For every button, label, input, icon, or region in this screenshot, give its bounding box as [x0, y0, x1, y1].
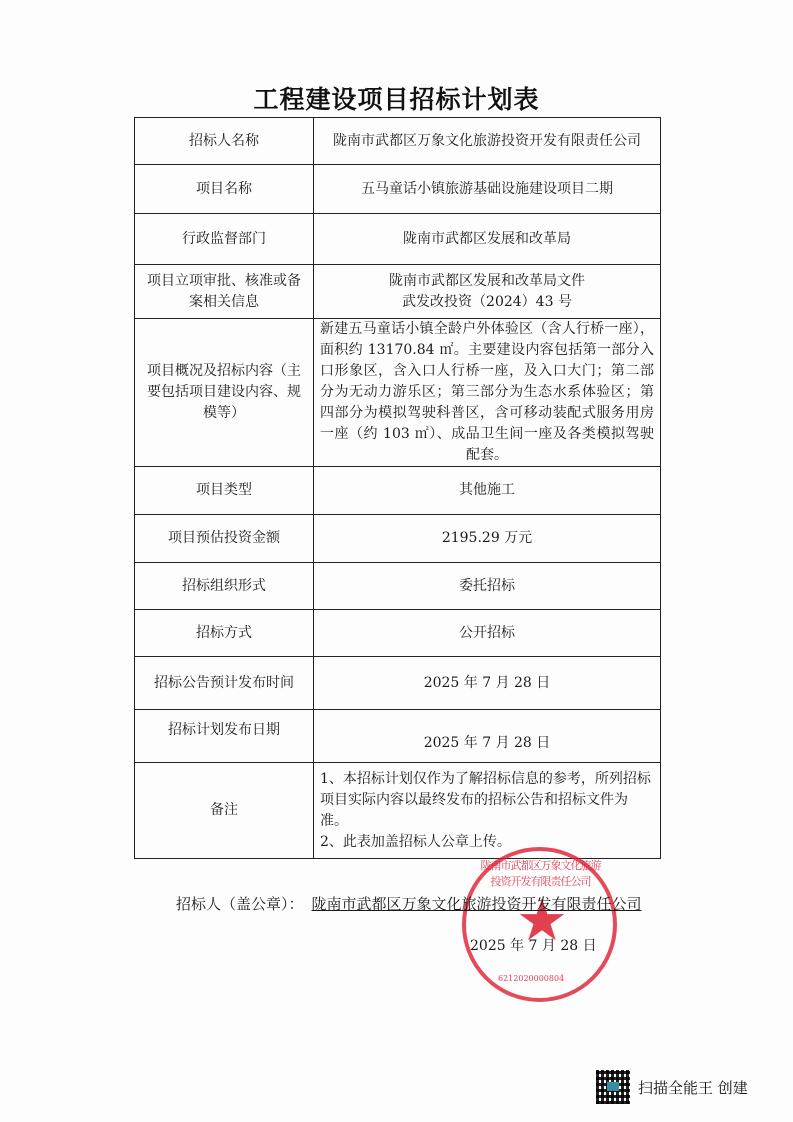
table-row: 招标计划发布日期 2025 年 7 月 28 日 — [135, 710, 661, 763]
table-row: 项目概况及招标内容（主要包括项目建设内容、规模等） 新建五马童话小镇全龄户外体验… — [135, 319, 661, 467]
row-label: 项目立项审批、核准或备案相关信息 — [135, 265, 314, 319]
signature-label: 招标人（盖公章）： — [176, 895, 304, 913]
company-seal: 陇南市武都区万象文化旅游投资开发有限责任公司 ★ 6212020000804 — [462, 847, 617, 1002]
approval-doc-line: 陇南市武都区发展和改革局文件 — [320, 271, 654, 292]
row-value: 陇南市武都区发展和改革局文件 武发改投资（2024）43 号 — [314, 265, 661, 319]
table-row: 招标方式 公开招标 — [135, 610, 661, 657]
signature-line: 招标人（盖公章）：陇南市武都区万象文化旅游投资开发有限责任公司 — [176, 893, 642, 914]
table-row: 项目预估投资金额 2195.29 万元 — [135, 515, 661, 563]
scanner-watermark: 扫描全能王 创建 — [596, 1070, 748, 1104]
remark-2: 2、此表加盖招标人公章上传。 — [320, 832, 654, 853]
watermark-text: 扫描全能王 创建 — [638, 1077, 748, 1098]
table-row: 招标人名称 陇南市武都区万象文化旅游投资开发有限责任公司 — [135, 118, 661, 165]
signature-company: 陇南市武都区万象文化旅游投资开发有限责任公司 — [312, 895, 642, 913]
table-row: 行政监督部门 陇南市武都区发展和改革局 — [135, 214, 661, 265]
row-value: 2025 年 7 月 28 日 — [314, 657, 661, 710]
table-row: 备注 1、本招标计划仅作为了解招标信息的参考，所列招标项目实际内容以最终发布的招… — [135, 763, 661, 859]
seal-code: 6212020000804 — [498, 974, 564, 983]
row-label: 项目预估投资金额 — [135, 515, 314, 563]
row-label: 招标公告预计发布时间 — [135, 657, 314, 710]
row-value: 2025 年 7 月 28 日 — [314, 710, 661, 763]
row-label: 项目概况及招标内容（主要包括项目建设内容、规模等） — [135, 319, 314, 467]
row-value: 五马童话小镇旅游基础设施建设项目二期 — [314, 165, 661, 214]
remark-1: 1、本招标计划仅作为了解招标信息的参考，所列招标项目实际内容以最终发布的招标公告… — [320, 769, 654, 832]
row-label: 招标方式 — [135, 610, 314, 657]
signature-date: 2025 年 7 月 28 日 — [470, 935, 597, 955]
row-label: 项目名称 — [135, 165, 314, 214]
row-value: 新建五马童话小镇全龄户外体验区（含人行桥一座），面积约 13170.84 ㎡。主… — [314, 319, 661, 467]
table-row: 项目类型 其他施工 — [135, 467, 661, 515]
approval-number-line: 武发改投资（2024）43 号 — [320, 292, 654, 313]
row-value: 陇南市武都区万象文化旅游投资开发有限责任公司 — [314, 118, 661, 165]
row-value: 2195.29 万元 — [314, 515, 661, 563]
row-label: 行政监督部门 — [135, 214, 314, 265]
row-value: 公开招标 — [314, 610, 661, 657]
row-value: 1、本招标计划仅作为了解招标信息的参考，所列招标项目实际内容以最终发布的招标公告… — [314, 763, 661, 859]
bidding-plan-table: 招标人名称 陇南市武都区万象文化旅游投资开发有限责任公司 项目名称 五马童话小镇… — [134, 117, 661, 859]
row-label: 招标组织形式 — [135, 563, 314, 610]
table-row: 招标组织形式 委托招标 — [135, 563, 661, 610]
table-row: 项目名称 五马童话小镇旅游基础设施建设项目二期 — [135, 165, 661, 214]
row-label: 备注 — [135, 763, 314, 859]
table-row: 项目立项审批、核准或备案相关信息 陇南市武都区发展和改革局文件 武发改投资（20… — [135, 265, 661, 319]
seal-text: 陇南市武都区万象文化旅游投资开发有限责任公司 — [478, 857, 603, 889]
row-label: 项目类型 — [135, 467, 314, 515]
row-label: 招标计划发布日期 — [135, 710, 314, 763]
qr-code-icon — [596, 1070, 630, 1104]
row-value: 其他施工 — [314, 467, 661, 515]
table-row: 招标公告预计发布时间 2025 年 7 月 28 日 — [135, 657, 661, 710]
row-label: 招标人名称 — [135, 118, 314, 165]
row-value: 陇南市武都区发展和改革局 — [314, 214, 661, 265]
document-title: 工程建设项目招标计划表 — [0, 80, 793, 116]
row-value: 委托招标 — [314, 563, 661, 610]
